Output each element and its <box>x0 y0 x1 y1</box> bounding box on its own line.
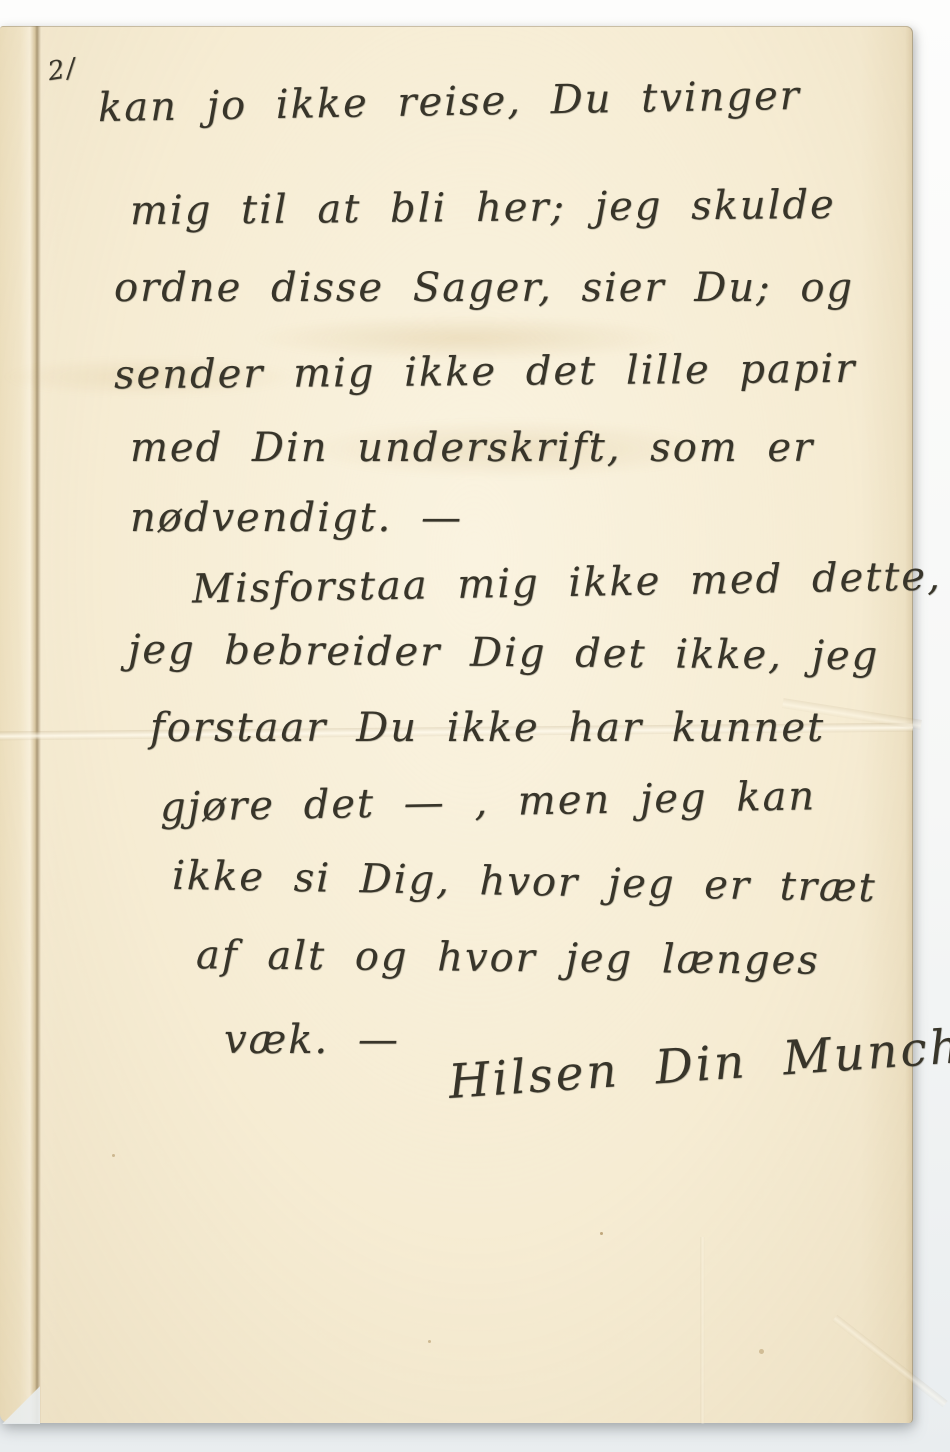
handwritten-line-7: Misforstaa mig ikke med dette, <box>192 553 942 612</box>
handwritten-line-9: forstaar Du ikke har kunnet <box>150 705 825 751</box>
handwritten-line-5: med Din underskrift, som er <box>130 425 814 471</box>
left-fold-corner <box>0 1379 40 1424</box>
handwritten-line-11: ikke si Dig, hvor jeg er træt <box>172 853 877 911</box>
scanned-letter: 2/ kan jo ikke reise, Du tvinger mig til… <box>0 0 950 1452</box>
handwritten-line-4: sender mig ikke det lille papir <box>114 346 857 398</box>
bottom-right-crease <box>832 1315 947 1407</box>
handwritten-line-2: mig til at bli her; jeg skulde <box>130 182 836 234</box>
handwritten-line-3: ordne disse Sager, sier Du; og <box>114 265 854 311</box>
page-number-marker: 2/ <box>46 53 80 87</box>
signature: Hilsen Din Munch <box>447 1019 950 1110</box>
paper-specks <box>600 1232 603 1235</box>
handwritten-line-1: kan jo ikke reise, Du tvinger <box>98 73 802 131</box>
vertical-crease <box>700 1237 705 1424</box>
handwritten-line-8: jeg bebreider Dig det ikke, jeg <box>128 627 880 680</box>
handwritten-line-12: af alt og hvor jeg længes <box>196 932 820 983</box>
handwritten-line-6: nødvendigt. — <box>130 495 463 541</box>
handwritten-line-13: væk. — <box>224 1017 400 1063</box>
letter-page: 2/ kan jo ikke reise, Du tvinger mig til… <box>0 26 913 1423</box>
handwritten-line-10: gjøre det — , men jeg kan <box>160 773 817 830</box>
